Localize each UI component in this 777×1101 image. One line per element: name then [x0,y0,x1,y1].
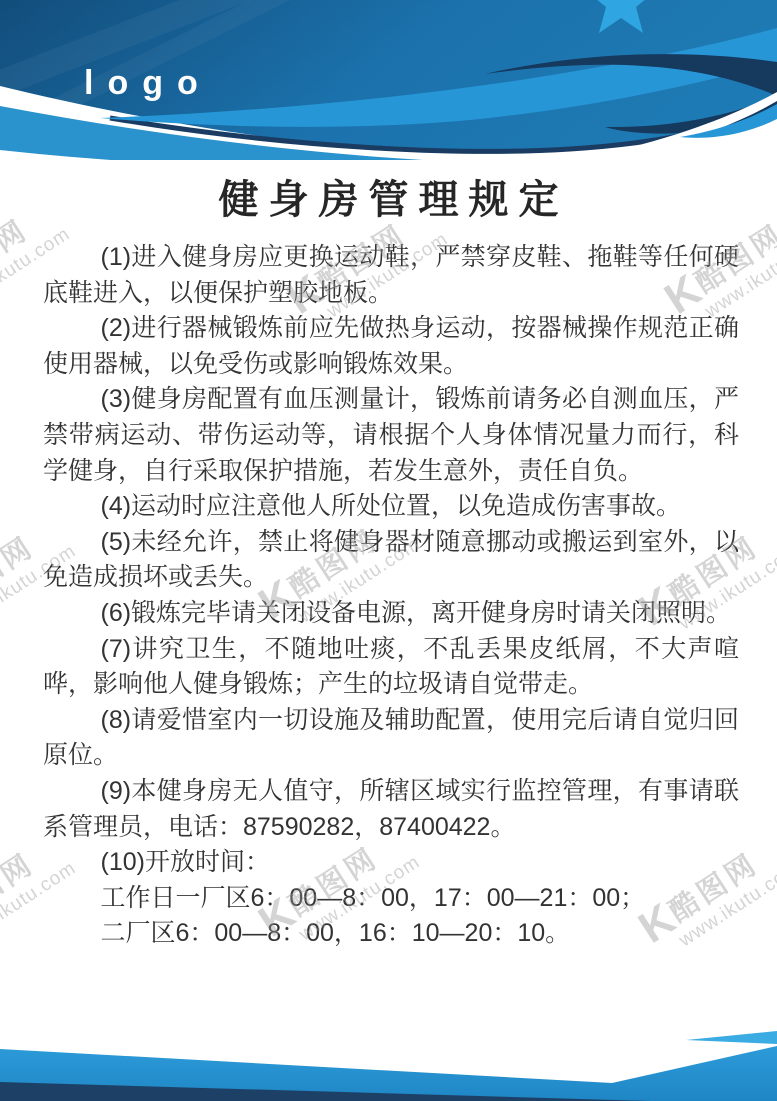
rule-item-6: (6)锻炼完毕请关闭设备电源，离开健身房时请关闭照明。 [43,596,739,632]
logo-text: logo [84,64,212,103]
rules-list: (1)进入健身房应更换运动鞋，严禁穿皮鞋、拖鞋等任何硬底鞋进入，以便保护塑胶地板… [0,240,777,952]
rule-item-5: (5)未经允许，禁止将健身器材随意挪动或搬运到室外，以免造成损坏或丢失。 [43,525,739,596]
rule-item-2: (2)进行器械锻炼前应先做热身运动，按器械操作规范正确使用器械，以免受伤或影响锻… [43,311,739,382]
rule-item-8: (8)请爱惜室内一切设施及辅助配置，使用完后请自觉归回原位。 [43,703,739,774]
rule-item-9: (9)本健身房无人值守，所辖区域实行监控管理，有事请联系管理员，电话：87590… [43,774,739,845]
schedule-line-1: 工作日一厂区6：00—8：00，17：00—21：00； [43,881,739,917]
schedule-line-2: 二厂区6：00—8：00，16：10—20：10。 [43,916,739,952]
footer-wave-graphic [0,1029,777,1101]
footer-banner [0,1029,777,1101]
footer-light-sliver [686,1031,777,1044]
rule-item-1: (1)进入健身房应更换运动鞋，严禁穿皮鞋、拖鞋等任何硬底鞋进入，以便保护塑胶地板… [43,240,739,311]
rule-item-3: (3)健身房配置有血压测量计，锻炼前请务必自测血压，严禁带病运动、带伤运动等，请… [43,382,739,489]
rule-item-4: (4)运动时应注意他人所处位置，以免造成伤害事故。 [43,489,739,525]
rule-item-7: (7)讲究卫生，不随地吐痰，不乱丢果皮纸屑，不大声喧哗，影响他人健身锻炼；产生的… [43,632,739,703]
page-title: 健身房管理规定 [0,168,777,225]
rule-item-10: (10)开放时间： [43,845,739,881]
